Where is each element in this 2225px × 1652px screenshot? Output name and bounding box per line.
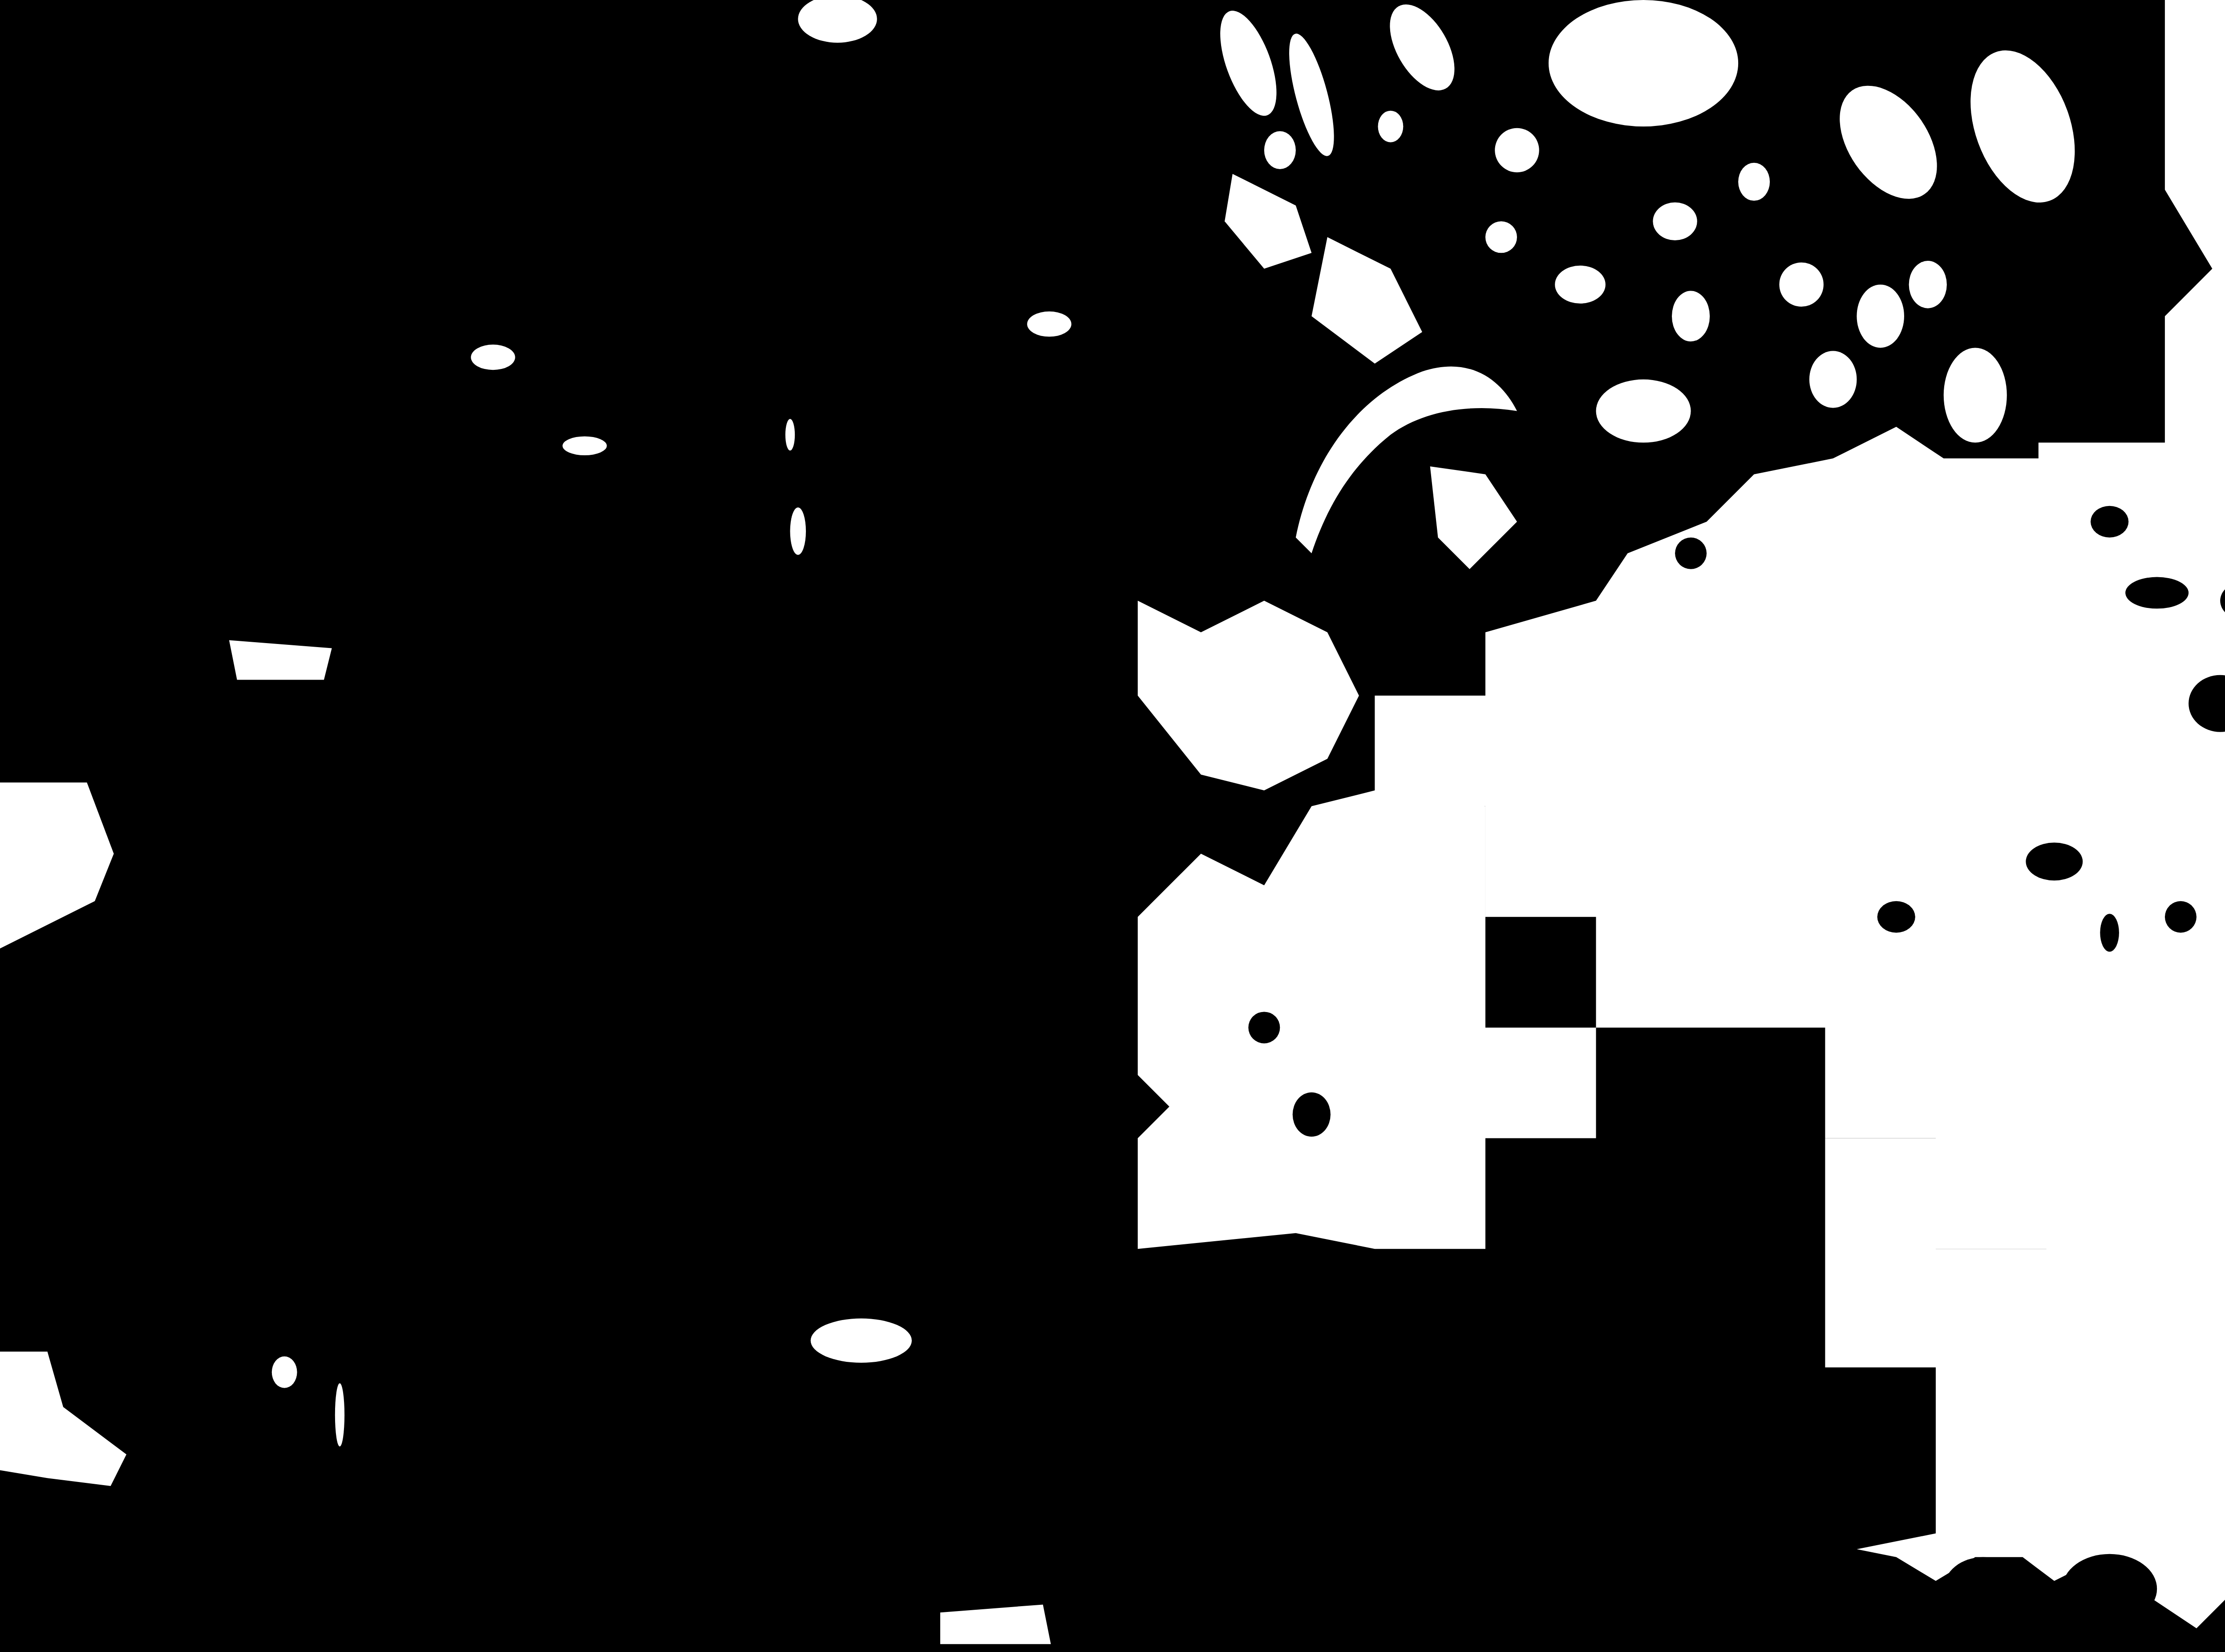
segmentation-mask	[0, 0, 2225, 1652]
